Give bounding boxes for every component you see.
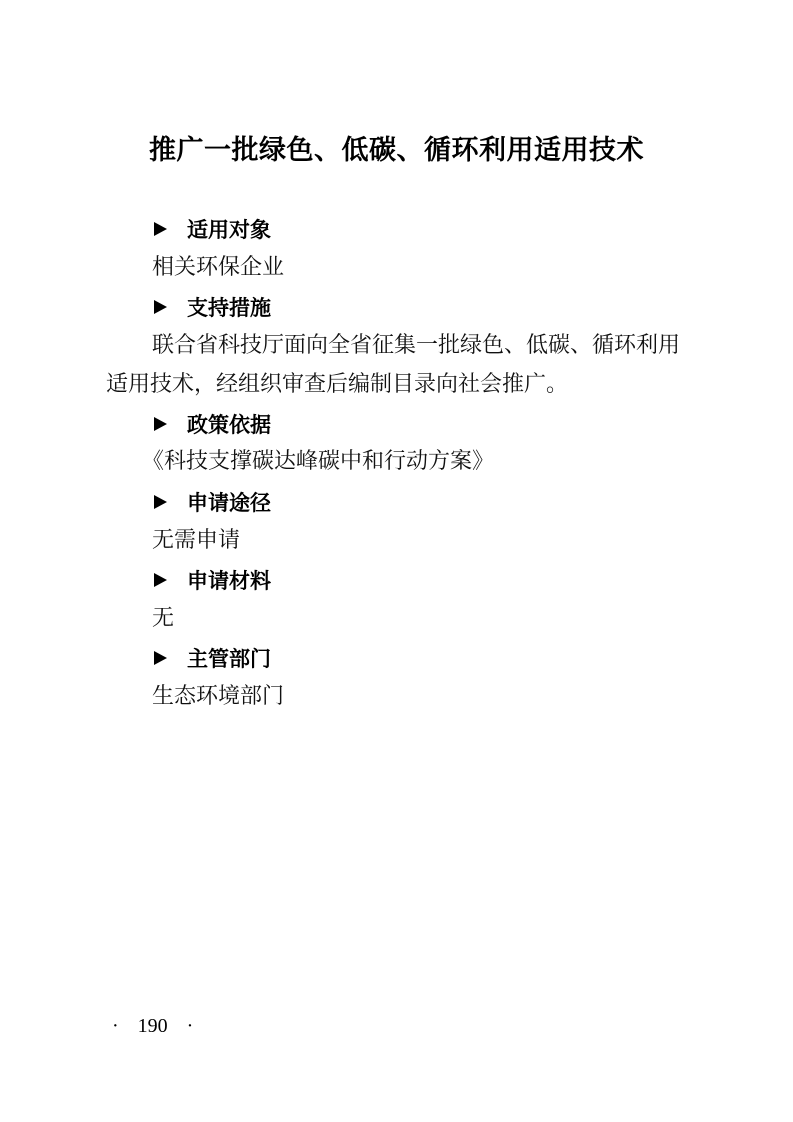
section-content: 生态环境部门 [152,682,284,712]
arrow-bullet-icon [154,300,167,314]
section-heading-label: 申请材料 [187,565,271,595]
section-heading-label: 主管部门 [187,643,271,673]
section-heading-label: 支持措施 [187,292,271,322]
section-content: 联合省科技厅面向全省征集一批绿色、低碳、循环利用适用技术，经组织审查后编制目录向… [106,326,696,404]
arrow-bullet-icon [154,417,167,431]
section-heading-applicable-target: 适用对象 [152,214,271,244]
arrow-bullet-icon [154,651,167,665]
arrow-bullet-icon [154,573,167,587]
page-number-dot-right: · [187,1015,194,1038]
document-title: 推广一批绿色、低碳、循环利用适用技术 [0,128,793,167]
page-number-value: 190 [138,1015,168,1038]
arrow-bullet-icon [154,222,167,236]
section-content: 无 [152,604,174,634]
section-heading-application-channel: 申请途径 [152,487,271,517]
section-content: 相关环保企业 [152,253,284,283]
section-heading-policy-basis: 政策依据 [152,409,271,439]
section-heading-application-materials: 申请材料 [152,565,271,595]
page-number: · 190 · [112,1015,193,1038]
section-heading-competent-department: 主管部门 [152,643,271,673]
section-heading-label: 适用对象 [187,214,271,244]
section-content: 《科技支撑碳达峰碳中和行动方案》 [142,447,494,477]
section-content: 无需申请 [152,526,240,556]
section-heading-label: 政策依据 [187,409,271,439]
page-number-dot-left: · [112,1015,119,1038]
section-heading-label: 申请途径 [187,487,271,517]
section-heading-support-measures: 支持措施 [152,292,271,322]
arrow-bullet-icon [154,495,167,509]
